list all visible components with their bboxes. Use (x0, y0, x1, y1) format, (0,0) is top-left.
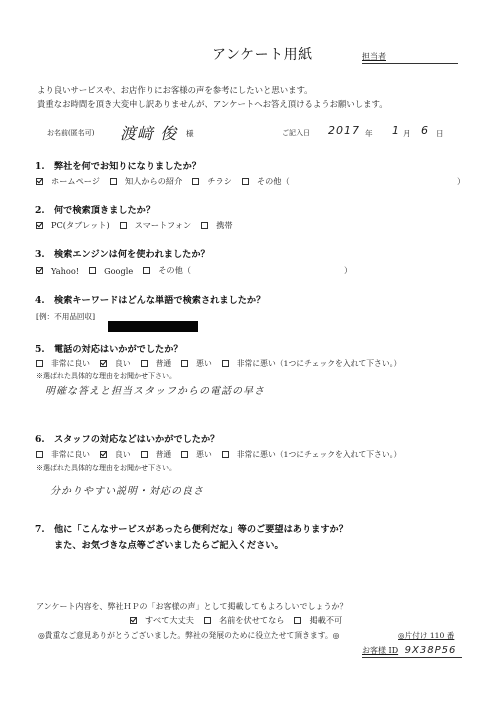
reason-prompt: ※選ばれた具体的な理由をお聞かせ下さい。 (36, 463, 176, 473)
name-value[interactable]: 渡﨑 俊 (120, 121, 177, 144)
other-close-paren: ） (457, 176, 465, 187)
checkbox-icon[interactable] (181, 451, 188, 458)
checkbox-icon[interactable] (201, 222, 208, 229)
job-number: ◎片付け 110 番 (398, 630, 454, 641)
customer-id-field[interactable]: お客様 ID 9X38P56 (362, 645, 462, 658)
option-smartphone[interactable]: スマートフォン (120, 220, 192, 231)
option-mobile[interactable]: 携帯 (201, 220, 232, 231)
page-title: アンケート用紙 (212, 44, 313, 64)
honorific: 様 (186, 128, 194, 139)
question-7-line-2: また、お気づきな点等ございましたらご記入ください。 (54, 537, 284, 551)
customer-id-value: 9X38P56 (405, 645, 457, 656)
option-normal[interactable]: 普通 (141, 358, 172, 369)
option-yahoo[interactable]: Yahoo! (36, 266, 79, 276)
option-other[interactable]: その他（ (143, 265, 191, 276)
checkbox-icon[interactable] (222, 360, 229, 367)
question-2-options: PC(タブレット) スマートフォン 携帯 (36, 220, 243, 231)
staff-field[interactable]: 担当者 (362, 51, 458, 64)
question-7: 7.他に「こんなサービスがあったら便利だな」等のご要望はありますか？ (35, 521, 348, 535)
checkbox-icon[interactable] (110, 178, 117, 185)
option-very-good[interactable]: 非常に良い (36, 358, 90, 369)
name-label: お名前(匿名可) (47, 128, 94, 138)
option-very-bad[interactable]: 非常に悪い（1つにチェックを入れて下さい。） (222, 449, 402, 460)
option-bad[interactable]: 悪い (181, 358, 212, 369)
reason-answer[interactable]: 分かりやすい説明・対応の良さ (50, 482, 204, 497)
reason-answer[interactable]: 明確な答えと担当スタッフからの電話の早さ (45, 382, 265, 397)
checkbox-icon[interactable] (222, 451, 229, 458)
option-anonymous[interactable]: 名前を伏せてなら (204, 615, 285, 626)
checkbox-icon[interactable] (192, 178, 199, 185)
option-normal[interactable]: 普通 (141, 449, 172, 460)
question-3-options: Yahoo! Google その他（ (36, 265, 201, 276)
question-1: 1.弊社を何でお知りになりましたか？ (35, 158, 201, 172)
checkbox-checked-icon[interactable] (100, 360, 107, 367)
reason-prompt: ※選ばれた具体的な理由をお聞かせ下さい。 (36, 371, 176, 381)
question-2: 2.何で検索頂きましたか？ (35, 202, 155, 216)
publish-question: アンケート内容を、弊社ＨＰの「お客様の声」として掲載してもよろしいでしょうか？ (36, 601, 348, 612)
thanks-message: ◎貴重なご意見ありがとうございました。弊社の発展のために役立たせて頂きます。◎ (38, 630, 339, 641)
option-other[interactable]: その他（ (242, 176, 290, 187)
option-good[interactable]: 良い (100, 358, 131, 369)
date-year[interactable]: 2017 (328, 124, 360, 137)
checkbox-icon[interactable] (181, 360, 188, 367)
checkbox-checked-icon[interactable] (130, 617, 137, 624)
keyword-example: [例：不用品回収] (36, 311, 95, 322)
checkbox-icon[interactable] (143, 267, 150, 274)
month-unit: 月 (403, 128, 411, 139)
redacted-keyword (108, 321, 198, 332)
checkbox-checked-icon[interactable] (36, 178, 43, 185)
customer-id-label: お客様 ID (362, 646, 398, 655)
option-referral[interactable]: 知人からの紹介 (110, 176, 182, 187)
date-label: ご記入日 (282, 128, 310, 138)
option-homepage[interactable]: ホームページ (36, 176, 100, 187)
question-5-options: 非常に良い 良い 普通 悪い 非常に悪い（1つにチェックを入れて下さい。） (36, 358, 411, 369)
intro-line-1: より良いサービスや、お店作りにお客様の声を参考にしたいと思います。 (37, 84, 313, 96)
date-month[interactable]: 1 (392, 124, 400, 137)
checkbox-checked-icon[interactable] (36, 267, 43, 274)
other-close-paren: ） (344, 265, 352, 276)
checkbox-icon[interactable] (204, 617, 211, 624)
checkbox-icon[interactable] (89, 267, 96, 274)
checkbox-icon[interactable] (36, 451, 43, 458)
option-flyer[interactable]: チラシ (192, 176, 232, 187)
option-google[interactable]: Google (89, 266, 133, 276)
checkbox-icon[interactable] (36, 360, 43, 367)
question-1-options: ホームページ 知人からの紹介 チラシ その他（ (36, 176, 300, 187)
checkbox-icon[interactable] (141, 451, 148, 458)
checkbox-checked-icon[interactable] (36, 222, 43, 229)
staff-label: 担当者 (362, 52, 386, 61)
option-good[interactable]: 良い (100, 449, 131, 460)
option-all-ok[interactable]: すべて大丈夫 (130, 615, 194, 626)
checkbox-checked-icon[interactable] (100, 451, 107, 458)
checkbox-icon[interactable] (294, 617, 301, 624)
question-6: 6.スタッフの対応などはいかがでしたか？ (35, 431, 219, 445)
publish-options: すべて大丈夫 名前を伏せてなら 掲載不可 (130, 615, 352, 626)
option-very-good[interactable]: 非常に良い (36, 449, 90, 460)
question-4: 4.検索キーワードはどんな単語で検索されましたか？ (35, 292, 265, 306)
year-unit: 年 (365, 128, 373, 139)
question-3: 3.検索エンジンは何を使われましたか？ (35, 246, 210, 260)
day-unit: 日 (436, 128, 444, 139)
date-day[interactable]: 6 (421, 124, 429, 137)
checkbox-icon[interactable] (242, 178, 249, 185)
option-bad[interactable]: 悪い (181, 449, 212, 460)
intro-line-2: 貴重なお時間を頂き大変申し訳ありませんが、アンケートへお答え頂けるようお願いしま… (37, 98, 388, 110)
option-very-bad[interactable]: 非常に悪い（1つにチェックを入れて下さい。） (222, 358, 402, 369)
checkbox-icon[interactable] (141, 360, 148, 367)
option-no-publish[interactable]: 掲載不可 (294, 615, 342, 626)
question-6-options: 非常に良い 良い 普通 悪い 非常に悪い（1つにチェックを入れて下さい。） (36, 449, 411, 460)
option-pc[interactable]: PC(タブレット) (36, 220, 110, 231)
question-5: 5.電話の対応はいかがでしたか？ (35, 341, 183, 355)
checkbox-icon[interactable] (120, 222, 127, 229)
